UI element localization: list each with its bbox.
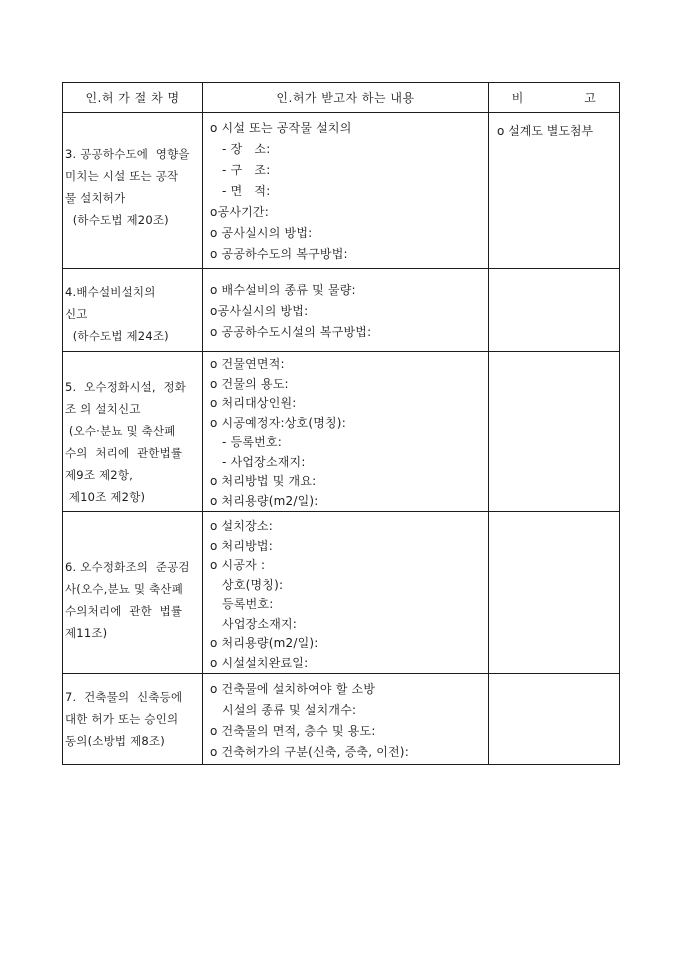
remark-cell [489, 512, 620, 674]
remark-cell [489, 269, 620, 352]
permit-content-text: o 배수설비의 종류 및 물량: o공사실시의 방법: o 공공하수도시설의 복… [203, 269, 488, 343]
table-row: 6. 오수정화조의 준공검 사(오수,분뇨 및 축산폐 수의처리에 관한 법률 … [63, 512, 620, 674]
table-row: 7. 건축물의 신축등에 대한 허가 또는 승인의 동의(소방법 제8조) o … [63, 674, 620, 765]
permit-content-text: o 건축물에 설치하여야 할 소방 시설의 종류 및 설치개수: o 건축물의 … [203, 674, 488, 763]
permit-content-cell: o 배수설비의 종류 및 물량: o공사실시의 방법: o 공공하수도시설의 복… [203, 269, 489, 352]
table-row: 3. 공공하수도에 영향을 미치는 시설 또는 공작 물 설치허가 (하수도법 … [63, 113, 620, 269]
procedure-name-cell: 4.배수설비설치의 신고 (하수도법 제24조) [63, 269, 203, 352]
procedure-name-cell: 3. 공공하수도에 영향을 미치는 시설 또는 공작 물 설치허가 (하수도법 … [63, 113, 203, 269]
header-remark: 비 고 [489, 83, 620, 113]
remark-text [489, 269, 619, 277]
remark-text: o 설계도 별도첨부 [489, 113, 619, 141]
procedure-name-text: 4.배수설비설치의 신고 (하수도법 제24조) [63, 269, 202, 347]
header-permit-content: 인.허가 받고자 하는 내용 [203, 83, 489, 113]
header-procedure-name: 인.허 가 절 차 명 [63, 83, 203, 113]
permit-content-cell: o 건물연면적: o 건물의 용도: o 처리대상인원: o 시공예정자:상호(… [203, 352, 489, 512]
document-page: 인.허 가 절 차 명 인.허가 받고자 하는 내용 비 고 3. 공공하수도에… [0, 0, 680, 962]
remark-cell [489, 674, 620, 765]
permit-content-text: o 건물연면적: o 건물의 용도: o 처리대상인원: o 시공예정자:상호(… [203, 352, 488, 511]
permit-procedure-table: 인.허 가 절 차 명 인.허가 받고자 하는 내용 비 고 3. 공공하수도에… [62, 82, 620, 765]
remark-text [489, 512, 619, 520]
table-row: 5. 오수정화시설, 정화 조 의 설치신고 (오수·분뇨 및 축산폐 수의 처… [63, 352, 620, 512]
procedure-name-text: 6. 오수정화조의 준공검 사(오수,분뇨 및 축산폐 수의처리에 관한 법률 … [63, 512, 202, 644]
permit-content-text: o 시설 또는 공작물 설치의 - 장 소: - 구 조: - 면 적: o공사… [203, 113, 488, 265]
remark-cell: o 설계도 별도첨부 [489, 113, 620, 269]
procedure-name-text: 5. 오수정화시설, 정화 조 의 설치신고 (오수·분뇨 및 축산폐 수의 처… [63, 352, 202, 508]
procedure-name-text: 7. 건축물의 신축등에 대한 허가 또는 승인의 동의(소방법 제8조) [63, 674, 202, 752]
remark-cell [489, 352, 620, 512]
procedure-name-text: 3. 공공하수도에 영향을 미치는 시설 또는 공작 물 설치허가 (하수도법 … [63, 113, 202, 231]
remark-text [489, 674, 619, 682]
permit-content-text: o 설치장소: o 처리방법: o 시공자 : 상호(명칭): 등록번호: 사업… [203, 512, 488, 673]
permit-content-cell: o 건축물에 설치하여야 할 소방 시설의 종류 및 설치개수: o 건축물의 … [203, 674, 489, 765]
procedure-name-cell: 6. 오수정화조의 준공검 사(오수,분뇨 및 축산폐 수의처리에 관한 법률 … [63, 512, 203, 674]
procedure-name-cell: 5. 오수정화시설, 정화 조 의 설치신고 (오수·분뇨 및 축산폐 수의 처… [63, 352, 203, 512]
permit-content-cell: o 시설 또는 공작물 설치의 - 장 소: - 구 조: - 면 적: o공사… [203, 113, 489, 269]
permit-content-cell: o 설치장소: o 처리방법: o 시공자 : 상호(명칭): 등록번호: 사업… [203, 512, 489, 674]
procedure-name-cell: 7. 건축물의 신축등에 대한 허가 또는 승인의 동의(소방법 제8조) [63, 674, 203, 765]
table-row: 4.배수설비설치의 신고 (하수도법 제24조) o 배수설비의 종류 및 물량… [63, 269, 620, 352]
remark-text [489, 352, 619, 360]
table-header-row: 인.허 가 절 차 명 인.허가 받고자 하는 내용 비 고 [63, 83, 620, 113]
